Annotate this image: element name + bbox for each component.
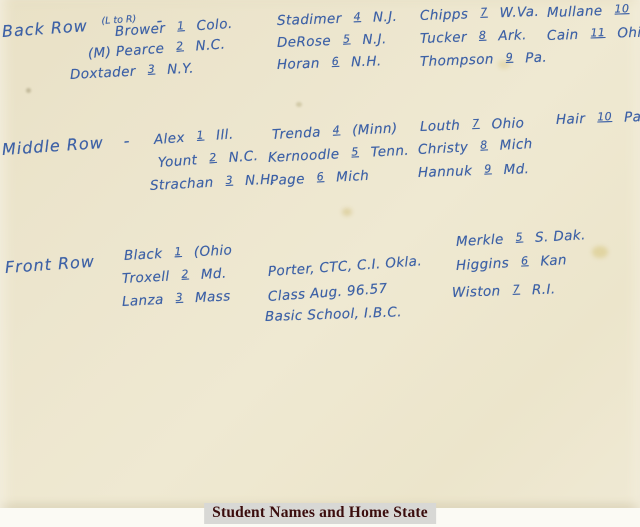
student-name: Tucker [420, 29, 467, 47]
student-state: (Minn) [352, 120, 398, 138]
student-number: 8 [480, 138, 488, 151]
student-state: Pa. [525, 50, 547, 67]
student-entry: Hair 10 Pa. [556, 109, 640, 128]
student-number: 1 [177, 19, 185, 32]
student-name: Doxtader [70, 64, 137, 83]
student-state: N.J. [362, 31, 387, 48]
student-state: N.C. [228, 148, 259, 166]
student-name: Alex [153, 130, 185, 148]
student-state: Ohio [617, 24, 640, 41]
student-number: 6 [331, 55, 339, 68]
student-number: 6 [316, 170, 324, 183]
student-name: Christy [418, 139, 469, 158]
student-state: W.Va. [499, 4, 539, 21]
student-name: Mullane [547, 3, 603, 21]
student-number: 5 [343, 32, 351, 45]
student-state: N.Y. [167, 61, 195, 78]
student-state: N.H. [351, 53, 382, 70]
student-state: S. Dak. [535, 227, 587, 246]
student-number: 11 [590, 26, 605, 40]
student-name: Hair [556, 111, 586, 128]
student-name: Louth [420, 118, 461, 135]
student-state: Tenn. [370, 143, 409, 161]
student-state: Colo. [196, 16, 233, 34]
student-number: 10 [614, 2, 629, 16]
student-number: 1 [174, 245, 182, 258]
student-state: Ohio [491, 115, 524, 132]
student-name: Lanza [122, 292, 164, 310]
student-number: 3 [175, 291, 183, 304]
student-state: Kan [540, 252, 567, 269]
student-number: 3 [225, 174, 233, 187]
student-state: Mich [336, 168, 370, 186]
student-state: Pa. [624, 109, 640, 126]
student-state: Mich [499, 136, 533, 154]
student-name: Stadimer [277, 11, 342, 29]
student-number: 4 [353, 10, 361, 23]
student-state: Ark. [498, 27, 527, 44]
student-number: 2 [209, 151, 217, 164]
student-name: Chipps [420, 6, 469, 24]
student-number: 9 [484, 162, 492, 175]
student-number: 7 [472, 117, 480, 130]
student-number: 7 [480, 6, 488, 19]
student-state: Mass [195, 288, 231, 306]
student-name: Higgins [456, 255, 510, 274]
student-number: 8 [479, 29, 487, 42]
student-name: Cain [547, 27, 579, 44]
student-number: 1 [196, 129, 204, 142]
student-number: 6 [521, 254, 529, 267]
student-name: Strachan [150, 175, 214, 194]
student-state: R.I. [532, 281, 556, 298]
photo-caption: Student Names and Home State [204, 503, 436, 524]
student-name: DeRose [277, 33, 332, 51]
student-number: 10 [597, 110, 612, 124]
student-number: 5 [351, 145, 359, 158]
student-name: Wiston [452, 283, 501, 301]
student-number: 5 [515, 230, 523, 243]
student-name: Horan [277, 56, 320, 73]
student-name: Yount [157, 152, 197, 171]
row-label-dash: - [123, 131, 130, 150]
student-name: Trenda [272, 124, 322, 143]
student-state: (Ohio [193, 242, 232, 260]
student-number: 9 [506, 51, 514, 64]
student-state: Md. [200, 266, 227, 283]
student-state: N.J. [373, 9, 398, 26]
student-name: Black [124, 246, 163, 264]
student-name: Page [270, 171, 306, 189]
student-state: Ill. [216, 126, 234, 143]
student-number: 3 [147, 63, 155, 76]
student-number: 4 [332, 123, 340, 136]
student-state: N.C. [195, 36, 226, 54]
student-number: 7 [512, 283, 520, 296]
student-entry: Cain 11 Ohio [547, 24, 640, 44]
student-number: 2 [176, 39, 184, 52]
student-name: Thompson [420, 51, 494, 70]
student-state: Md. [503, 161, 529, 178]
student-name: Hannuk [418, 163, 473, 181]
student-name: Troxell [122, 269, 170, 287]
student-name: Merkle [456, 232, 505, 250]
student-number: 2 [181, 268, 189, 281]
